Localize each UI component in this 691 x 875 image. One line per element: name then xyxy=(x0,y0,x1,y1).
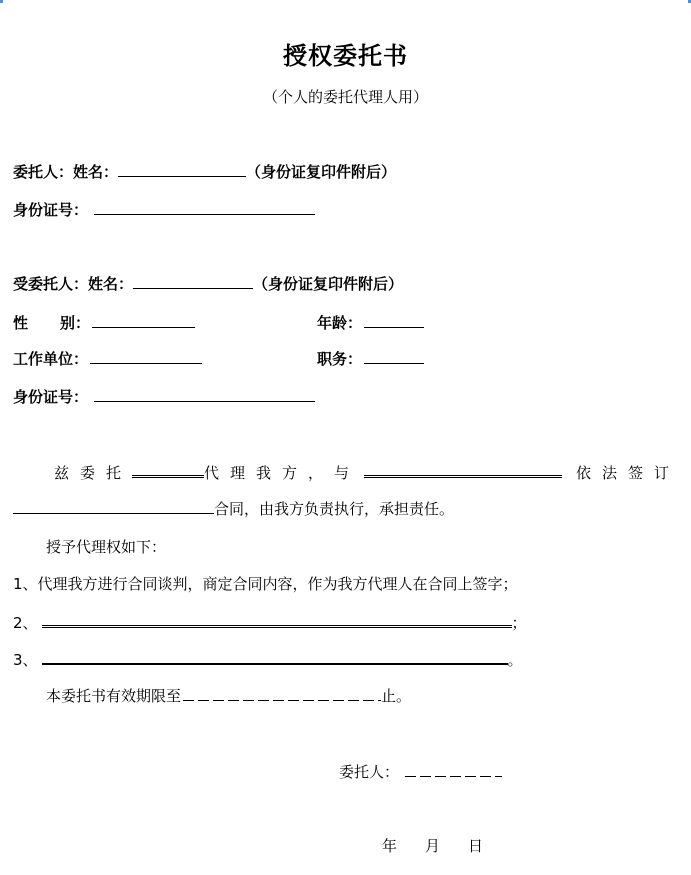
agent-gender-field[interactable] xyxy=(92,313,195,328)
gender-label-2: 别： xyxy=(60,314,90,332)
principal-id-field[interactable] xyxy=(94,200,315,215)
document-title: 授权委托书 xyxy=(0,36,691,71)
agent-age-field[interactable] xyxy=(364,313,424,328)
power-item-2: 2、； xyxy=(13,611,527,633)
agent-id-field[interactable] xyxy=(94,387,315,402)
agent-employer-row: 工作单位： xyxy=(13,348,202,369)
age-label: 年龄： xyxy=(317,314,362,332)
entrusted-party-field[interactable] xyxy=(132,461,204,478)
power-item-3-field[interactable] xyxy=(42,649,508,665)
entrust-text-d: 合同，由我方负责执行，承担责任。 xyxy=(214,500,454,518)
agent-gender-row: 性别： xyxy=(13,312,195,333)
item2-prefix: 2、 xyxy=(13,614,38,632)
validity-text-b: 止。 xyxy=(381,687,411,705)
agent-age-row: 年龄： xyxy=(317,312,424,333)
date-month: 月 xyxy=(425,837,440,855)
agent-name-note: （身份证复印件附后） xyxy=(253,275,403,293)
agent-name-label: 受委托人：姓名： xyxy=(13,275,133,293)
entrust-paragraph-line2: 合同，由我方负责执行，承担责任。 xyxy=(13,498,454,519)
agent-position-field[interactable] xyxy=(364,349,424,364)
date-year: 年 xyxy=(382,837,397,855)
gender-label-1: 性 xyxy=(13,314,28,332)
powers-intro: 授予代理权如下： xyxy=(46,536,166,557)
document-subtitle: （个人的委托代理人用） xyxy=(0,86,691,107)
employer-label: 工作单位： xyxy=(13,350,88,368)
agent-employer-field[interactable] xyxy=(90,349,202,364)
signature-label: 委托人： xyxy=(339,763,399,781)
date-day: 日 xyxy=(468,837,483,855)
contract-name-field[interactable] xyxy=(13,499,214,514)
validity-date-field[interactable] xyxy=(183,687,381,701)
validity-text-a: 本委托书有效期限至 xyxy=(46,687,181,705)
principal-id-label: 身份证号： xyxy=(13,201,88,219)
entrust-paragraph-line1: 兹委托代理我方，与依法签订 xyxy=(54,461,680,483)
principal-name-row: 委托人：姓名：（身份证复印件附后） xyxy=(13,161,396,182)
principal-id-row: 身份证号： xyxy=(13,199,315,220)
counterparty-field[interactable] xyxy=(364,461,562,478)
agent-id-row: 身份证号： xyxy=(13,386,315,407)
agent-position-row: 职务： xyxy=(317,348,424,369)
principal-name-label: 委托人：姓名： xyxy=(13,163,118,181)
entrust-text-b: 代理我方，与 xyxy=(204,464,360,482)
agent-name-field[interactable] xyxy=(133,274,253,289)
power-item-2-field[interactable] xyxy=(42,611,512,628)
item2-suffix: ； xyxy=(512,614,527,632)
entrust-text-a: 兹委托 xyxy=(54,464,132,482)
power-item-1: 1、代理我方进行合同谈判，商定合同内容，作为我方代理人在合同上签字； xyxy=(13,573,518,594)
date-row: 年月日 xyxy=(382,835,483,856)
validity-row: 本委托书有效期限至止。 xyxy=(46,685,411,706)
item3-suffix: 。 xyxy=(508,651,523,669)
window-corner-left xyxy=(0,0,3,3)
principal-name-note: （身份证复印件附后） xyxy=(246,163,396,181)
signature-row: 委托人： xyxy=(339,761,502,782)
signature-field[interactable] xyxy=(405,763,502,777)
agent-name-row: 受委托人：姓名：（身份证复印件附后） xyxy=(13,273,403,294)
entrust-text-c: 依法签订 xyxy=(576,464,680,482)
agent-id-label: 身份证号： xyxy=(13,388,88,406)
principal-name-field[interactable] xyxy=(118,162,246,177)
power-item-3: 3、。 xyxy=(13,649,523,670)
position-label: 职务： xyxy=(317,350,362,368)
item3-prefix: 3、 xyxy=(13,651,38,669)
